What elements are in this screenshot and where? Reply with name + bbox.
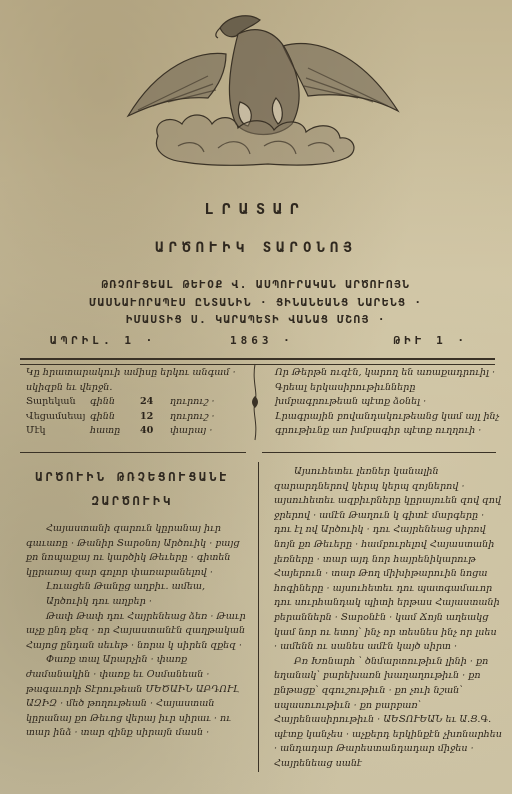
issue-number: ԹԻՒ 1 ·	[394, 334, 468, 347]
issue-date: ԱՊՐԻԼ. 1 ·	[50, 334, 156, 347]
article-heading: ԱՐԾՈՒԻՆ ԹՌՉԵՑՈՒՑԱՆԷ	[20, 470, 245, 484]
paragraph: Փառք տալ Արարչին · փառք ժամանակին · փառք…	[26, 653, 246, 741]
notice-line-3: Լրագրային բովանդակութեանց կամ այլ ինչ գր…	[275, 410, 500, 439]
eagle-emblem-icon	[108, 6, 408, 166]
column-ornament-icon	[250, 362, 260, 442]
column-rule	[258, 462, 259, 772]
subtitle-line-3: ԻՄԱՍՏԻՑ Ս. ԿԱՐԱՊԵՏԻ ՎԱՆԱՑ ՄՇՈՅ ·	[0, 313, 512, 326]
article-column-left: Հայաստանի զարուն կըրանայ իւր գաւառը · Թա…	[26, 522, 246, 741]
article-column-right: Այսուհետեւ լեռներ կանալին զարարդներով կե…	[274, 465, 502, 771]
subscription-intro: Կը հրատարակուի ամիսը երկու անգամ · սկիզբ…	[26, 366, 241, 395]
article-subheading: ԶԱՐԾՈՒԻԿ	[20, 494, 245, 508]
dateline: ԱՊՐԻԼ. 1 · 1863 · ԹԻՒ 1 ·	[50, 334, 492, 352]
subtitle-line-1: ԹՌՉՈՒՑԵԱԼ ԹԵՒՕՔ Վ. ԱՍՊՈՒՐԱԿԱՆ ԱՐԾՈՒՈՅՆ	[0, 278, 512, 291]
publisher-notice: Որ Թերթն ուզէն, կարող են առաքադրուիլ · Գ…	[275, 366, 500, 439]
issue-year: 1863 ·	[230, 334, 294, 347]
verse-line: Արծուիկ դու աղբեր ·	[26, 595, 246, 610]
newspaper-page: ԼՐԱՏԱՐ ԱՐԾՈՒԻԿ ՏԱՐՕՆՈՅ ԹՌՉՈՒՑԵԱԼ ԹԵՒՕՔ Վ…	[0, 0, 512, 794]
verse-line: Լուացեն Թանըց աղբիւ. ամեա,	[26, 580, 246, 595]
price-row-semiannual: Վեցամսեայ գինն 12 ղուրուշ ·	[26, 410, 241, 425]
subtitle-line-2: ՄԱՍՆԱՒՈՐԱՊԷՍ ԸՆՏԱՆԻՆ · ՑԻՆԱՆԵԱՆՑ ՆԱՐԵՆՑ …	[0, 296, 512, 309]
notice-line-1: Որ Թերթն ուզէն, կարող են առաքադրուիլ ·	[275, 366, 500, 381]
price-row-annual: Տարեկան գինն 24 ղուրուշ ·	[26, 395, 241, 410]
left-section-divider	[20, 452, 246, 453]
paragraph: Բռ Խոնարհ ՝ ծնմարտութիւն լինի · քո եղանա…	[274, 655, 502, 772]
newspaper-name: ԱՐԾՈՒԻԿ ՏԱՐՕՆՈՅ	[0, 240, 512, 256]
price-row-single: Մէկ հատը 40 փարայ ·	[26, 424, 241, 439]
newspaper-kicker: ԼՐԱՏԱՐ	[0, 200, 512, 218]
notice-line-2: Գրեալ երկասիրութիւնները խմբագրութեան պէտ…	[275, 381, 500, 410]
subscription-info: Կը հրատարակուի ամիսը երկու անգամ · սկիզբ…	[26, 366, 241, 439]
paragraph: Հայաստանի զարուն կըրանայ իւր գաւառը · Թա…	[26, 522, 246, 580]
right-section-divider	[262, 452, 496, 453]
paragraph: Թափ Թափ դու Հայրենեաց ձեռ · Թաւր աչք ընդ…	[26, 610, 246, 654]
paragraph: Այսուհետեւ լեռներ կանալին զարարդներով կե…	[274, 465, 502, 655]
